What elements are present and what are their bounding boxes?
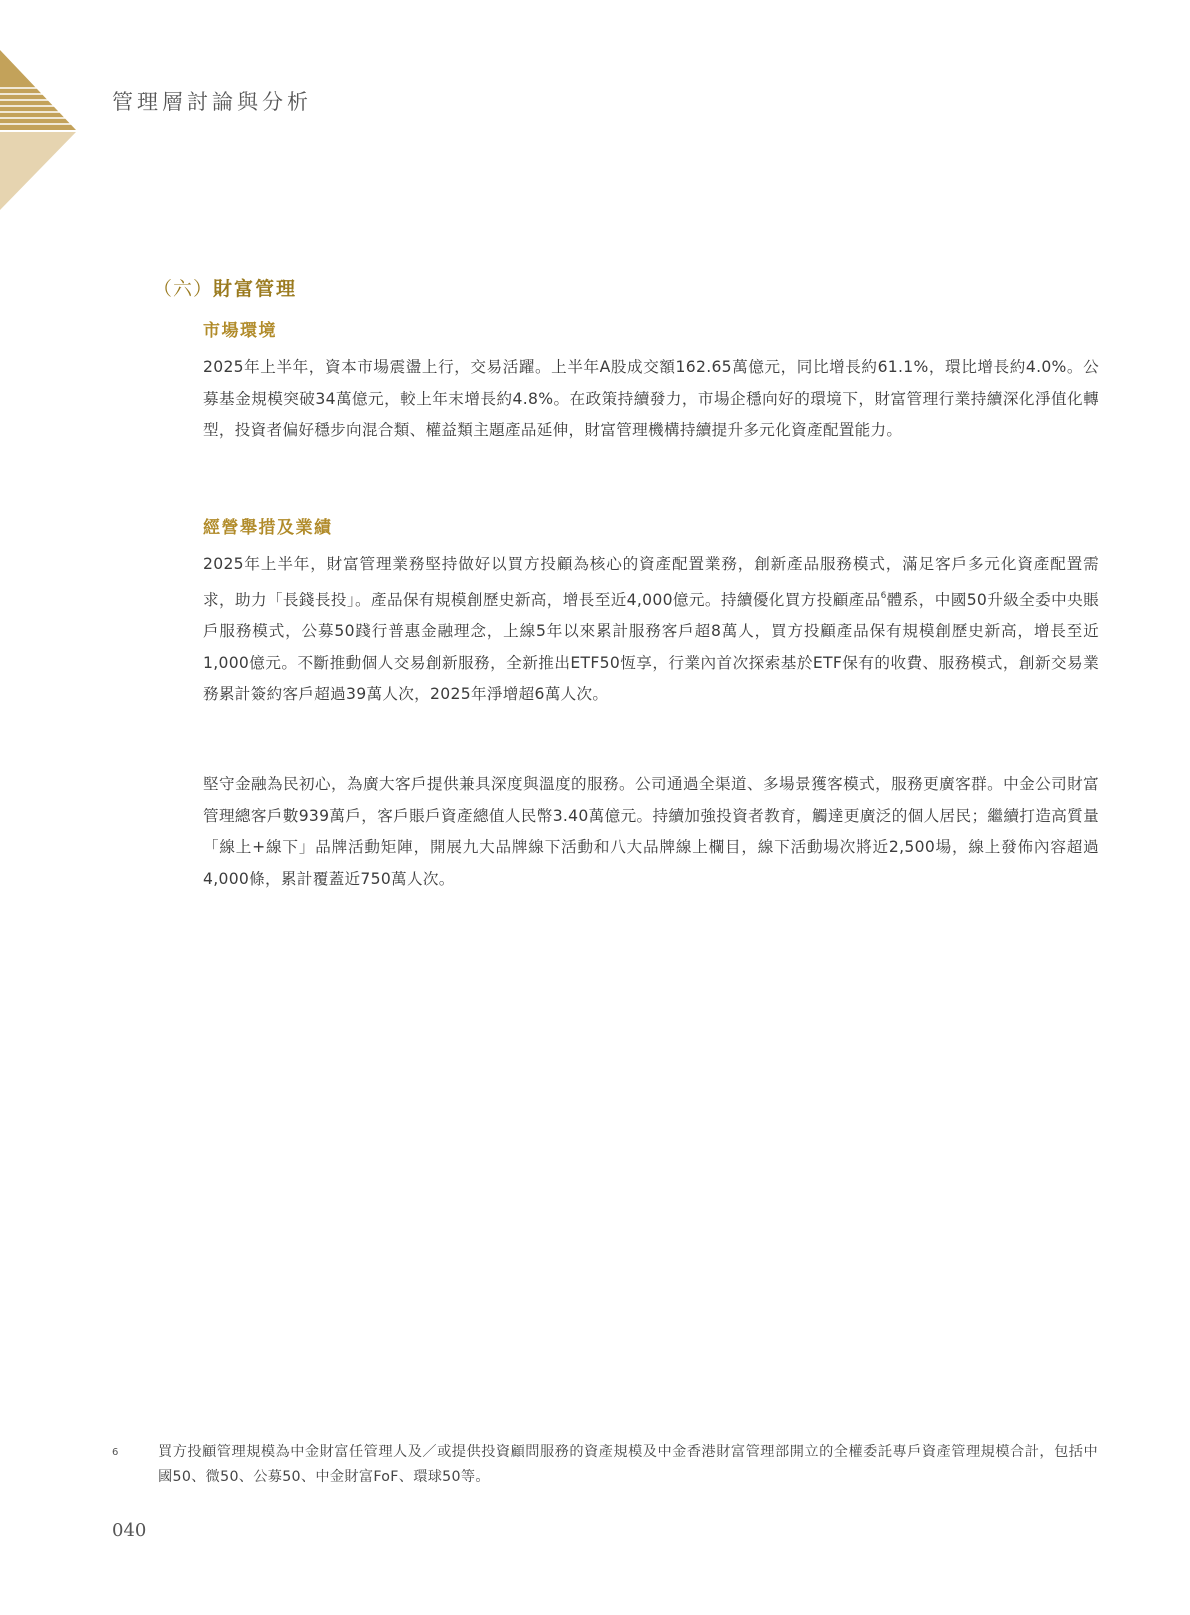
running-header-title: 管理層討論與分析 <box>112 86 312 116</box>
corner-decoration <box>0 50 80 210</box>
paragraph-operations-1: 2025年上半年，財富管理業務堅持做好以買方投顧為核心的資產配置業務，創新產品服… <box>203 549 1099 711</box>
subheading-operations: 經營舉措及業績 <box>203 513 333 538</box>
section-title: （六）財富管理 <box>153 274 297 301</box>
subheading-market-environment: 市場環境 <box>203 316 277 341</box>
footnote-mark: 6 <box>112 1447 118 1458</box>
page-number: 040 <box>112 1520 146 1541</box>
paragraph-operations-2: 堅守金融為民初心，為廣大客戶提供兼具深度與溫度的服務。公司通過全渠道、多場景獲客… <box>203 769 1099 895</box>
footnote-text: 買方投顧管理規模為中金財富任管理人及／或提供投資顧問服務的資產規模及中金香港財富… <box>158 1440 1098 1490</box>
paragraph-market-environment: 2025年上半年，資本市場震盪上行，交易活躍。上半年A股成交額162.65萬億元… <box>203 352 1099 447</box>
section-title-text: 財富管理 <box>213 278 297 300</box>
section-number: （六） <box>153 278 213 300</box>
